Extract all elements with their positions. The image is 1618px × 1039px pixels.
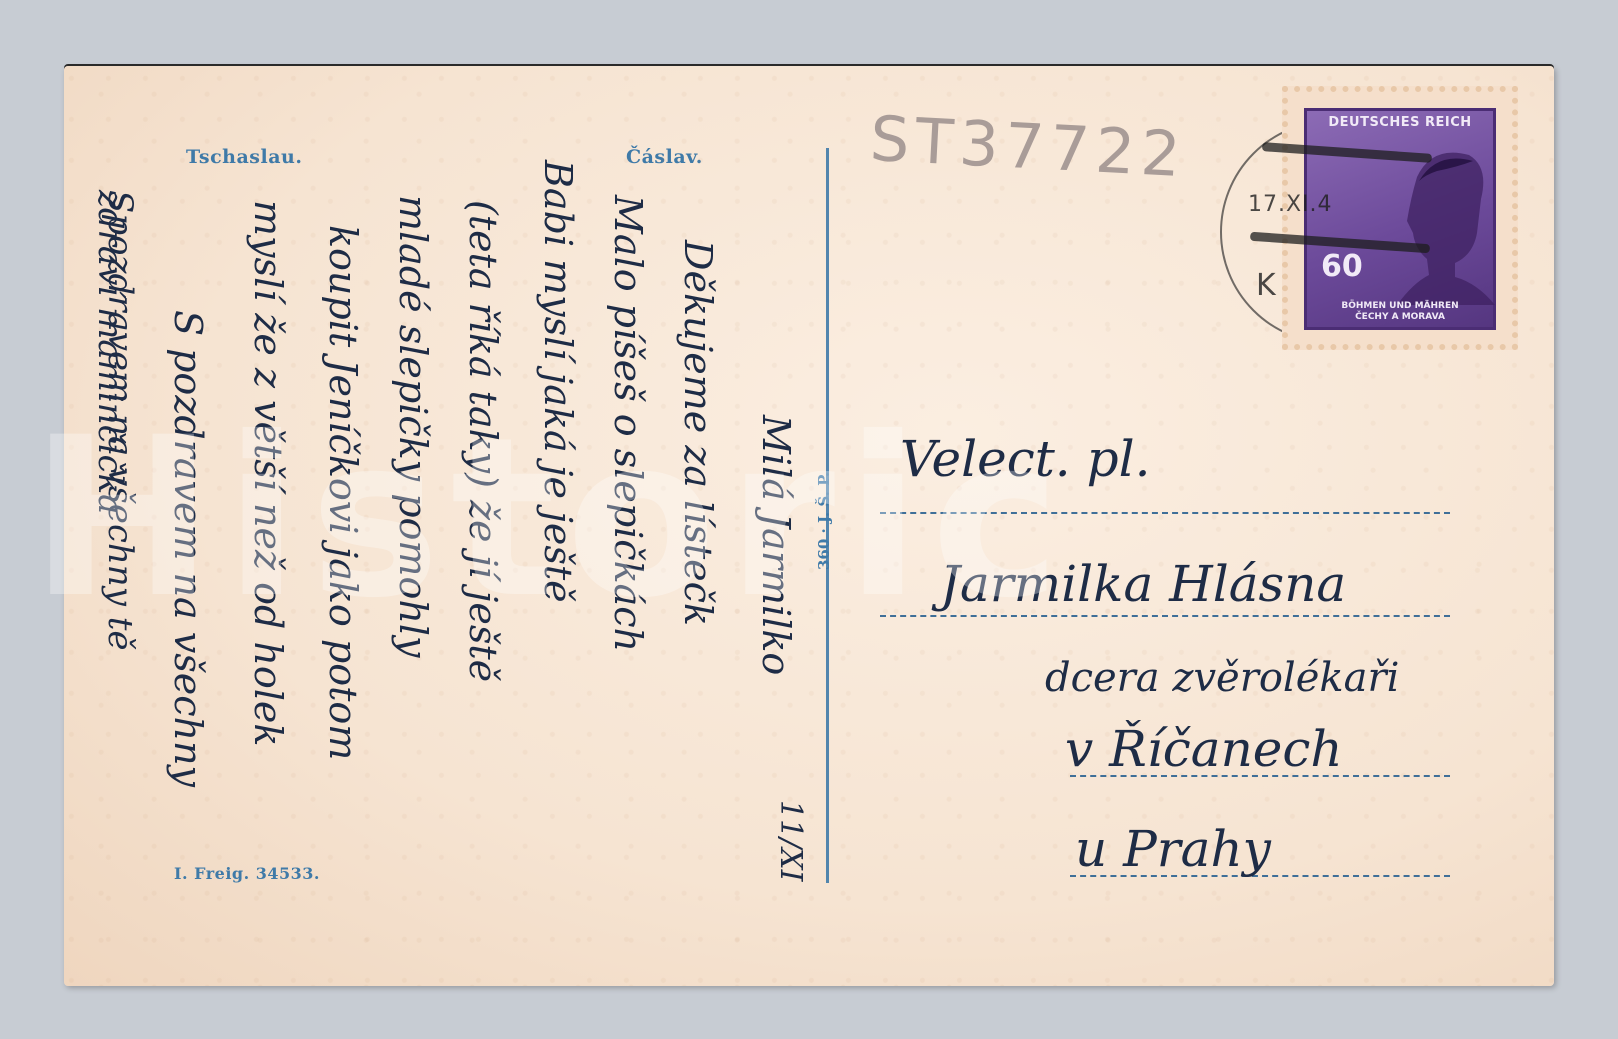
stamp-value: 60	[1321, 249, 1363, 284]
printed-place-german: Tschaslau.	[186, 146, 302, 168]
stamp-country: DEUTSCHES REICH	[1307, 115, 1493, 130]
address-town: v Říčanech	[1065, 720, 1343, 778]
watermark-text: Historic	[30, 390, 1071, 646]
stamp-inscription: BÖHMEN UND MÄHREN ČECHY A MORAVA	[1307, 301, 1493, 323]
stamp-face: DEUTSCHES REICH 60 BÖHMEN UND MÄHREN ČEC…	[1304, 108, 1496, 330]
portrait-icon	[1377, 137, 1495, 305]
postage-stamp: DEUTSCHES REICH 60 BÖHMEN UND MÄHREN ČEC…	[1282, 86, 1518, 350]
address-occupation: dcera zvěrolékaři	[1045, 655, 1399, 701]
message-date: 11/XI	[773, 800, 808, 882]
postmark-date: 17.XI.4	[1248, 192, 1333, 217]
publisher-mark: I. Freig. 34533.	[174, 864, 320, 883]
postmark-town: K	[1256, 268, 1277, 303]
printed-place-czech: Čáslav.	[626, 146, 703, 168]
address-city: u Prahy	[1075, 820, 1271, 878]
